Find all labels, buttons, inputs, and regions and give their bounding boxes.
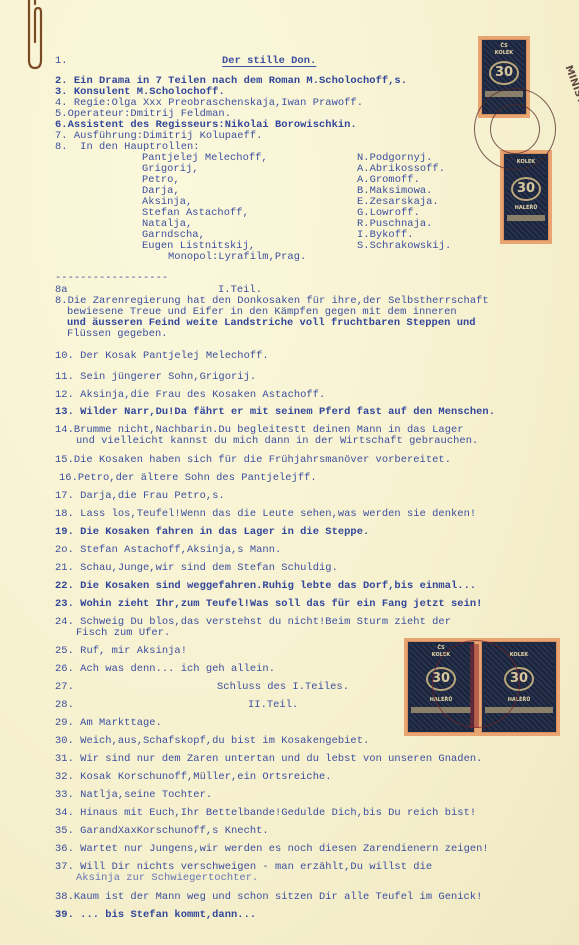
divider-line: ------------------ bbox=[55, 273, 168, 284]
stamp-value: 30 bbox=[511, 177, 541, 201]
intertitle: 33. Natlja,seine Tochter. bbox=[55, 790, 212, 801]
intertitle: 29. Am Markttage. bbox=[55, 718, 162, 729]
postmark-bottom-bar bbox=[470, 644, 479, 728]
intertitle-continuation: Aksinja zur Schwiegertochter. bbox=[76, 873, 258, 884]
intertitle: 22. Die Kosaken sind weggefahren.Ruhig l… bbox=[55, 581, 476, 592]
typewritten-document-page: 1. Der stille Don. 2. Ein Drama in 7 Tei… bbox=[0, 0, 579, 945]
intertitle: 23. Wohin zieht Ihr,zum Teufel!Was soll … bbox=[55, 599, 482, 610]
intertitle-number: 28. bbox=[55, 700, 74, 711]
intertitle: 11. Sein jüngerer Sohn,Grigorij. bbox=[55, 372, 256, 383]
intertitle: 39. ... bis Stefan kommt,dann... bbox=[55, 910, 256, 921]
intertitle: 35. GarandXaxKorschunoff,s Knecht. bbox=[55, 826, 269, 837]
intertitle: 2o. Stefan Astachoff,Aksinja,s Mann. bbox=[55, 545, 281, 556]
intertitle: 26. Ach was denn... ich geh allein. bbox=[55, 664, 275, 675]
intertitle: Schluss des I.Teiles. bbox=[217, 682, 349, 693]
paperclip-icon bbox=[24, 0, 46, 70]
intertitle: 16.Petro,der ältere Sohn des Pantjelejff… bbox=[59, 473, 317, 484]
intertitle: 18. Lass los,Teufel!Wenn das die Leute s… bbox=[55, 509, 476, 520]
intertitle: 34. Hinaus mit Euch,Ihr Bettelbande!Gedu… bbox=[55, 808, 476, 819]
stamp-value: 30 bbox=[489, 61, 519, 85]
intertitle: 17. Darja,die Frau Petro,s. bbox=[55, 491, 225, 502]
intertitle: 13. Wilder Narr,Du!Da fährt er mit seine… bbox=[55, 407, 495, 418]
document-title: Der stille Don. bbox=[222, 56, 316, 67]
intertitle-continuation: Flüssen gegeben. bbox=[67, 329, 168, 340]
intertitle: 30. Weich,aus,Schafskopf,du bist im Kosa… bbox=[55, 736, 369, 747]
intertitle-continuation: und vielleicht kannst du mich dann in de… bbox=[76, 436, 478, 447]
title-number: 1. bbox=[55, 56, 68, 67]
intertitle: 32. Kosak Korschunoff,Müller,ein Ortsrei… bbox=[55, 772, 332, 783]
distributor-note: Monopol:Lyrafilm,Prag. bbox=[168, 252, 306, 263]
intertitle: 19. Die Kosaken fahren in das Lager in d… bbox=[55, 527, 369, 538]
cast-actor: S.Schrakowskij. bbox=[357, 241, 451, 252]
intertitle-number: 27. bbox=[55, 682, 74, 693]
intertitle: 36. Wartet nur Jungens,wir werden es noc… bbox=[55, 844, 489, 855]
intertitle: 12. Aksinja,die Frau des Kosaken Astacho… bbox=[55, 390, 325, 401]
part-heading: II.Teil. bbox=[248, 700, 298, 711]
postmark-top-inner bbox=[490, 104, 540, 154]
intertitle: 15.Die Kosaken haben sich für die Frühja… bbox=[55, 455, 451, 466]
intertitle: 10. Der Kosak Pantjelej Melechoff. bbox=[55, 351, 269, 362]
intertitle: 21. Schau,Junge,wir sind dem Stefan Schu… bbox=[55, 563, 338, 574]
intertitle: 31. Wir sind nur dem Zaren untertan und … bbox=[55, 754, 482, 765]
postmark-text: MINISTERSTVO bbox=[563, 64, 579, 147]
intertitle: 38.Kaum ist der Mann weg und schon sitze… bbox=[55, 892, 482, 903]
intertitle: 25. Ruf, mir Aksinja! bbox=[55, 646, 187, 657]
intertitle-continuation: Fisch zum Ufer. bbox=[76, 628, 170, 639]
